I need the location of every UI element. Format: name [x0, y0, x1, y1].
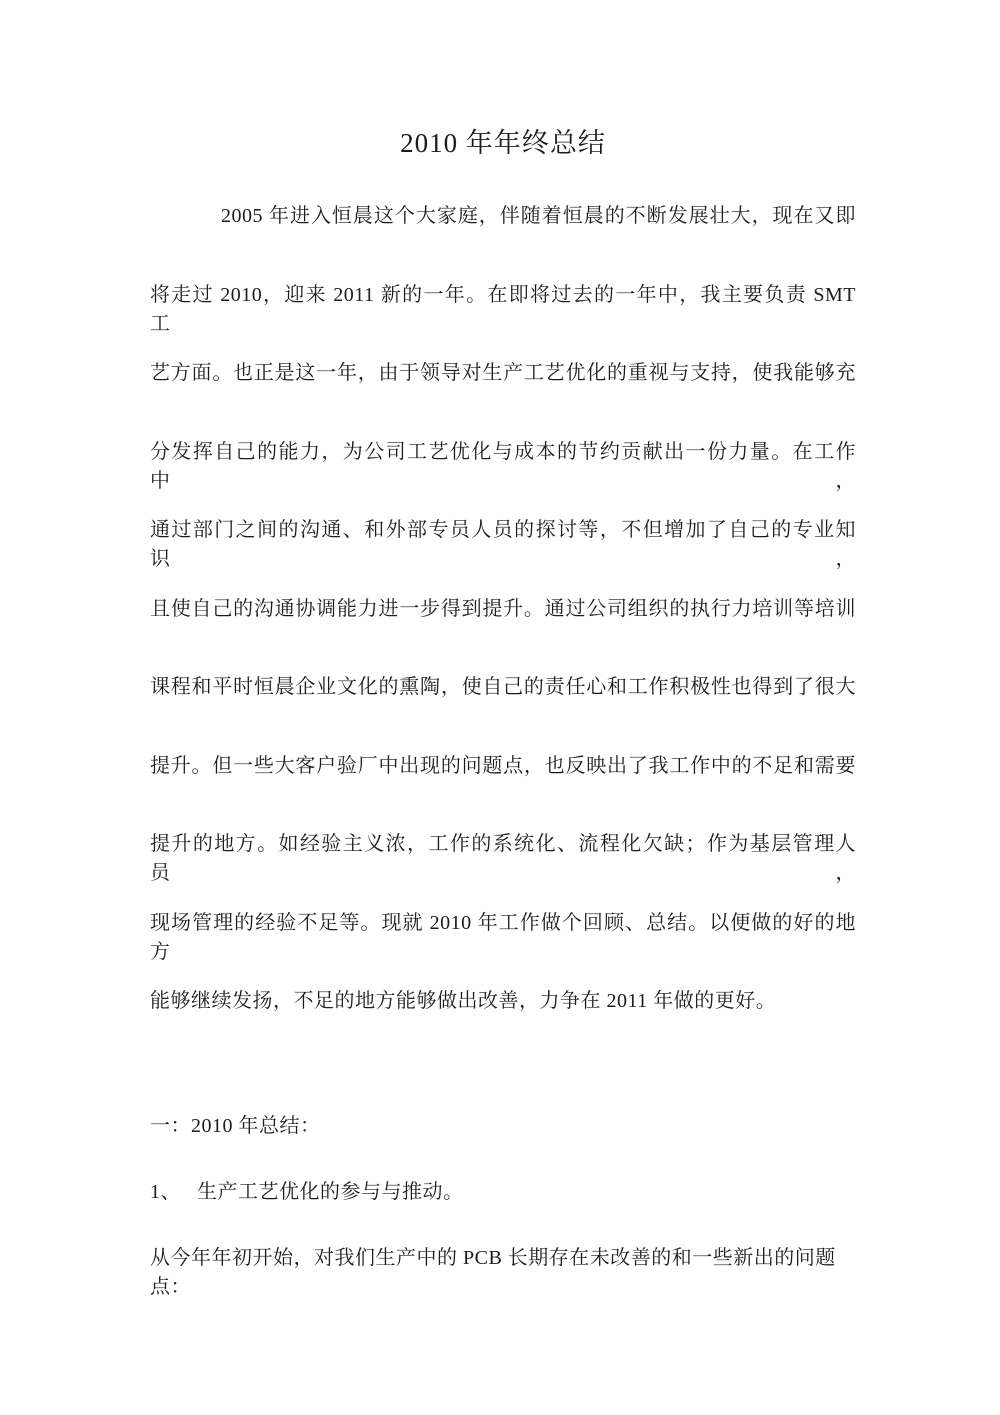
paragraph-line: 能够继续发扬，不足的地方能够做出改善，力争在 2011 年做的更好。 — [150, 987, 856, 1066]
list-item: 1、生产工艺优化的参与与推动。 — [150, 1178, 856, 1244]
paragraph-line: 2005 年进入恒晨这个大家庭，伴随着恒晨的不断发展壮大，现在又即 — [150, 202, 856, 281]
paragraph-line: 提升。但一些大客户验厂中出现的问题点，也反映出了我工作中的不足和需要 — [150, 752, 856, 831]
paragraph-line: 艺方面。也正是这一年，由于领导对生产工艺优化的重视与支持，使我能够充 — [150, 359, 856, 438]
document-title: 2010 年年终总结 — [150, 0, 856, 159]
paragraph-line: 将走过 2010，迎来 2011 新的一年。在即将过去的一年中，我主要负责 SM… — [150, 281, 856, 360]
paragraph-line: 分发挥自己的能力，为公司工艺优化与成本的节约贡献出一份力量。在工作中， — [150, 438, 856, 517]
paragraph-line: 从今年年初开始，对我们生产中的 PCB 长期存在未改善的和一些新出的问题点： — [150, 1244, 856, 1310]
paragraph-line: 且使自己的沟通协调能力进一步得到提升。通过公司组织的执行力培训等培训 — [150, 595, 856, 674]
document-content: 2010 年年终总结 2005 年进入恒晨这个大家庭，伴随着恒晨的不断发展壮大，… — [150, 0, 856, 1310]
document-page: 2010 年年终总结 2005 年进入恒晨这个大家庭，伴随着恒晨的不断发展壮大，… — [0, 0, 1000, 1415]
paragraph-line: 通过部门之间的沟通、和外部专员人员的探讨等，不但增加了自己的专业知识， — [150, 516, 856, 595]
section-2010-summary: 一：2010 年总结： 1、生产工艺优化的参与与推动。 从今年年初开始，对我们生… — [150, 1112, 856, 1310]
list-item-number: 1、 — [150, 1178, 181, 1207]
paragraph-line: 课程和平时恒晨企业文化的熏陶，使自己的责任心和工作积极性也得到了很大 — [150, 673, 856, 752]
paragraph-line: 现场管理的经验不足等。现就 2010 年工作做个回顾、总结。以便做的好的地方 — [150, 909, 856, 988]
paragraph-line: 提升的地方。如经验主义浓，工作的系统化、流程化欠缺；作为基层管理人员， — [150, 830, 856, 909]
intro-paragraph: 2005 年进入恒晨这个大家庭，伴随着恒晨的不断发展壮大，现在又即 将走过 20… — [150, 202, 856, 1066]
list-item-text: 生产工艺优化的参与与推动。 — [197, 1181, 464, 1203]
section-heading: 一：2010 年总结： — [150, 1112, 856, 1178]
